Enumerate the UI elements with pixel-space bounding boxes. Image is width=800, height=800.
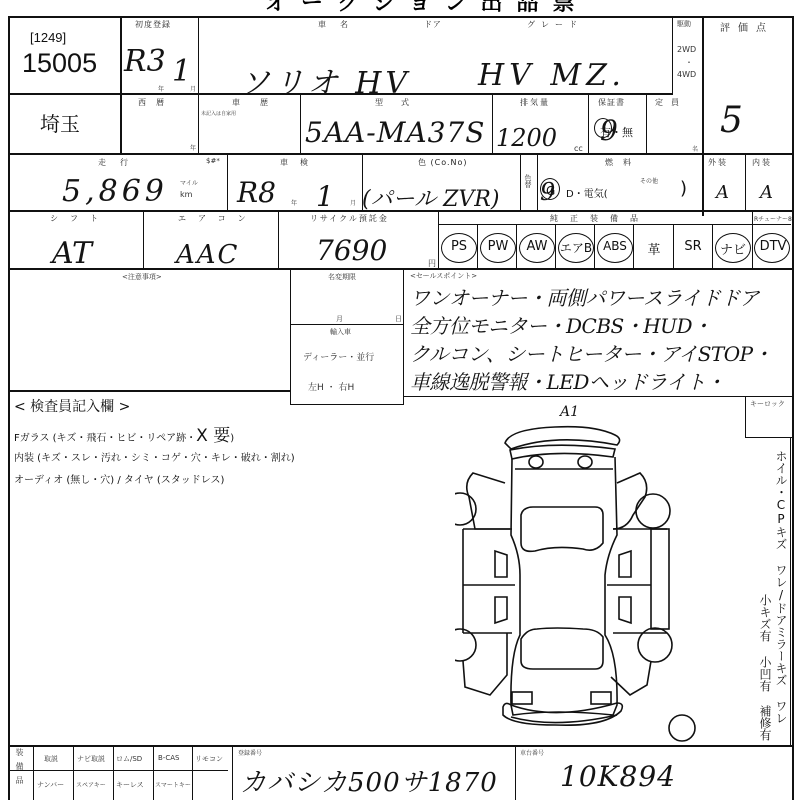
inspection-label: 車検 [280,157,320,168]
equip-sunroof: SR [674,239,712,254]
side-notes-border [790,437,791,747]
row-line-bottom [8,745,793,747]
tuner-label: Rチューナー8 [754,214,792,223]
aircon-label: エアコン [178,213,258,224]
side-hand-note-2: 小凹有 [757,656,774,692]
grade-value: HV MZ. [478,58,626,93]
acc-keyless[interactable]: キーレス [116,780,144,790]
equip-leather: 革 [635,239,673,258]
row-line-namechg [290,324,403,325]
equip-pw-circle [480,233,516,263]
western-year-mark: 年 [190,143,196,152]
western-year-label: 西暦 [138,97,174,108]
score-value: 5 [720,100,743,141]
windshield-options: Fガラス (キズ・飛石・ヒビ・リペア跡・ [14,433,196,444]
accessories-label: 装備品 [14,748,25,790]
drive-dot: ・ [685,57,693,68]
reg-number-value: カバシカ500サ1870 [240,762,498,799]
capacity-label: 定員 [655,97,687,108]
acc-smart-key[interactable]: スマートキー [155,780,191,789]
col-line-history [300,94,301,154]
import-car-label: 輸入車 [330,327,351,337]
aircon-value: AAC [176,240,239,270]
drive-4wd: 4WD [677,70,696,79]
side-hand-note-1: 小キズ有 [757,594,774,642]
first-reg-label: 初度登録 [135,19,171,30]
grade-label: グレード [527,19,583,30]
acc-col-2 [113,746,114,800]
first-reg-month: 1 [172,54,191,89]
frame-top [8,16,793,18]
handle-side: 左H ・ 右H [308,380,354,393]
col-line-ext-int [745,154,746,211]
equipment-row: PS PW AW エアB ABS 革 SR ナビ DTV [438,225,793,269]
row-line-2 [8,153,793,155]
exterior-grade: A [716,182,729,203]
acc-manual[interactable]: 取説 [44,754,58,764]
model-type-label: 型式 [375,97,427,108]
row-line-sales-bottom [403,396,793,397]
acc-col-5 [232,746,233,800]
col-line-score [702,16,704,216]
warranty-mark: 9 [600,114,618,147]
acc-remote[interactable]: リモコン [195,754,223,764]
acc-plate[interactable]: ナンバー [37,780,64,790]
frame-right [792,16,794,800]
acc-row-line [8,770,228,771]
col-line-firstreg [198,16,199,154]
recycle-value: 7690 [316,234,387,267]
col-line-shift [143,211,144,269]
dealer-parallel: ディーラー・並行 [303,350,374,363]
inspection-month: 1 [316,180,334,213]
month-mark: 月 [190,84,196,93]
col-line-lot [120,16,122,154]
displacement-value: 1200 [496,124,557,152]
yen-unit: 円 [428,258,436,269]
shift-label: シフト [50,213,110,224]
acc-spare-key[interactable]: スペアキー [76,780,106,789]
interior-grade: A [760,182,773,203]
model-type-value: 5AA-MA37S [305,116,485,149]
drive-2wd: 2WD [677,45,696,54]
equip-sep [712,225,713,269]
fuel-label: 燃料 [605,157,641,168]
acc-col-3 [153,746,154,800]
lot-sub-number: [1249] [30,30,66,45]
acc-navi-manual[interactable]: ナビ取説 [77,754,105,764]
fuel-other-options: D・電気( [566,185,608,200]
car-name-label: 車名 [318,19,362,30]
key-lock-label: キーロック [750,399,785,409]
car-name-value: ソリオ HV [240,58,411,102]
persons-unit: 名 [692,144,698,153]
inspector-notes-label: < 検査員記入欄 > [14,396,130,416]
equip-dtv-circle [754,233,790,263]
warranty-label: 保証書 [598,97,625,108]
inspection-era: R8 [237,176,276,209]
col-line-notes [290,269,291,405]
keylock-left [745,396,746,438]
mileage-value: 5,869 [62,174,168,209]
odometer-flag: $#* [206,157,220,165]
frame-left [8,16,10,800]
col-line-chassis [515,746,516,800]
sales-points-label: <セールスポイント> [410,271,477,281]
col-line-warranty [646,94,647,154]
inspection-year-mark: 年 [291,198,297,207]
mileage-label: 走行 [98,157,142,168]
sales-point-line: 車線逸脱警報・LEDヘッドライト・ [410,366,725,395]
fuel-other-label: その他 [640,176,658,185]
row-line-notes [8,390,290,392]
col-line-aircon [278,211,279,269]
lot-number: 15005 [22,48,97,79]
equip-aw-circle [519,233,555,263]
exterior-label: 外装 [708,157,728,168]
mile-unit: マイル [180,178,198,187]
acc-bcas[interactable]: B-CAS [158,754,179,762]
car-body-diagram [455,405,725,745]
acc-rom-sd[interactable]: ロム/SD [116,754,142,764]
sheet-title: オークション出品票 [265,0,589,17]
col-line-disp [588,94,589,154]
color-label: 色 (Co.No) [418,157,468,168]
inspector-line-3: オーディオ (無し・穴) / タイヤ (スタッドレス) [14,471,224,486]
chassis-number-label: 車台番号 [520,748,544,757]
col-line-color [520,154,521,211]
inspector-line-2: 内装 (キズ・スレ・汚れ・シミ・コゲ・穴・キレ・破れ・割れ) [14,449,295,464]
side-repair-note: 補修有 [757,705,774,741]
region: 埼玉 [40,108,80,137]
interior-label: 内装 [752,157,772,168]
inspection-month-mark: 月 [350,198,356,207]
sales-point-line: クルコン、シートヒーター・アイSTOP・ [410,338,772,367]
displacement-label: 排気量 [520,97,550,108]
equip-airbag-circle [558,233,594,263]
row-line-import-bottom [290,404,403,405]
year-mark: 年 [158,84,164,93]
keylock-bottom [745,437,793,438]
col-line-colorchg [537,154,538,211]
side-printed-note: ホイル・CPキズ ワレ/ドアミラーキズ ワレ [774,450,788,724]
col-line-drive-left [672,16,673,94]
history-note: 未記入は自家用 [201,110,236,117]
color-change-label: 色替 [523,174,533,188]
sales-point-line: ワンオーナー・両側パワースライドドア [410,282,759,311]
name-change-day: 日 [395,314,402,324]
windshield-mark: X 要 [196,426,230,446]
col-line-mileage [227,154,228,211]
inspector-line-1: Fガラス (キズ・飛石・ヒビ・リペア跡・X 要) [14,421,234,446]
col-line-sales [403,269,404,405]
equip-sep [752,225,753,269]
color-value: (パール ZVR) [362,182,499,213]
name-change-month: 月 [336,314,343,324]
history-label: 車歴 [232,97,288,108]
equip-ps-circle [441,233,477,263]
drive-label: 駆動 [677,19,691,29]
fuel-gas-circle [540,178,560,200]
recycle-label: リサイクル預託金 [310,213,389,224]
fuel-close: ) [680,178,687,199]
sales-point-line: 全方位モニター・DCBS・HUD・ [410,310,712,339]
reg-number-label: 登録番号 [238,748,262,757]
door-label: ドア [424,19,442,30]
notes-label: <注意事項> [122,272,162,282]
genuine-equipment-label: 純正装備品 [550,213,650,224]
score-label: 評価点 [720,19,774,34]
windshield-close: ) [230,433,234,444]
equip-navi-circle [715,233,751,263]
equip-abs-circle [597,233,633,263]
acc-col-0 [33,746,34,800]
shift-value: AT [52,236,92,271]
chassis-number-value: 10K894 [560,760,676,793]
col-line-model [492,94,493,154]
cc-unit: cc [574,144,583,153]
first-reg-era: R3 [124,44,166,79]
acc-col-1 [73,746,74,800]
name-change-label: 名変期限 [328,272,356,282]
km-unit: km [180,190,192,199]
acc-col-4 [192,746,193,800]
